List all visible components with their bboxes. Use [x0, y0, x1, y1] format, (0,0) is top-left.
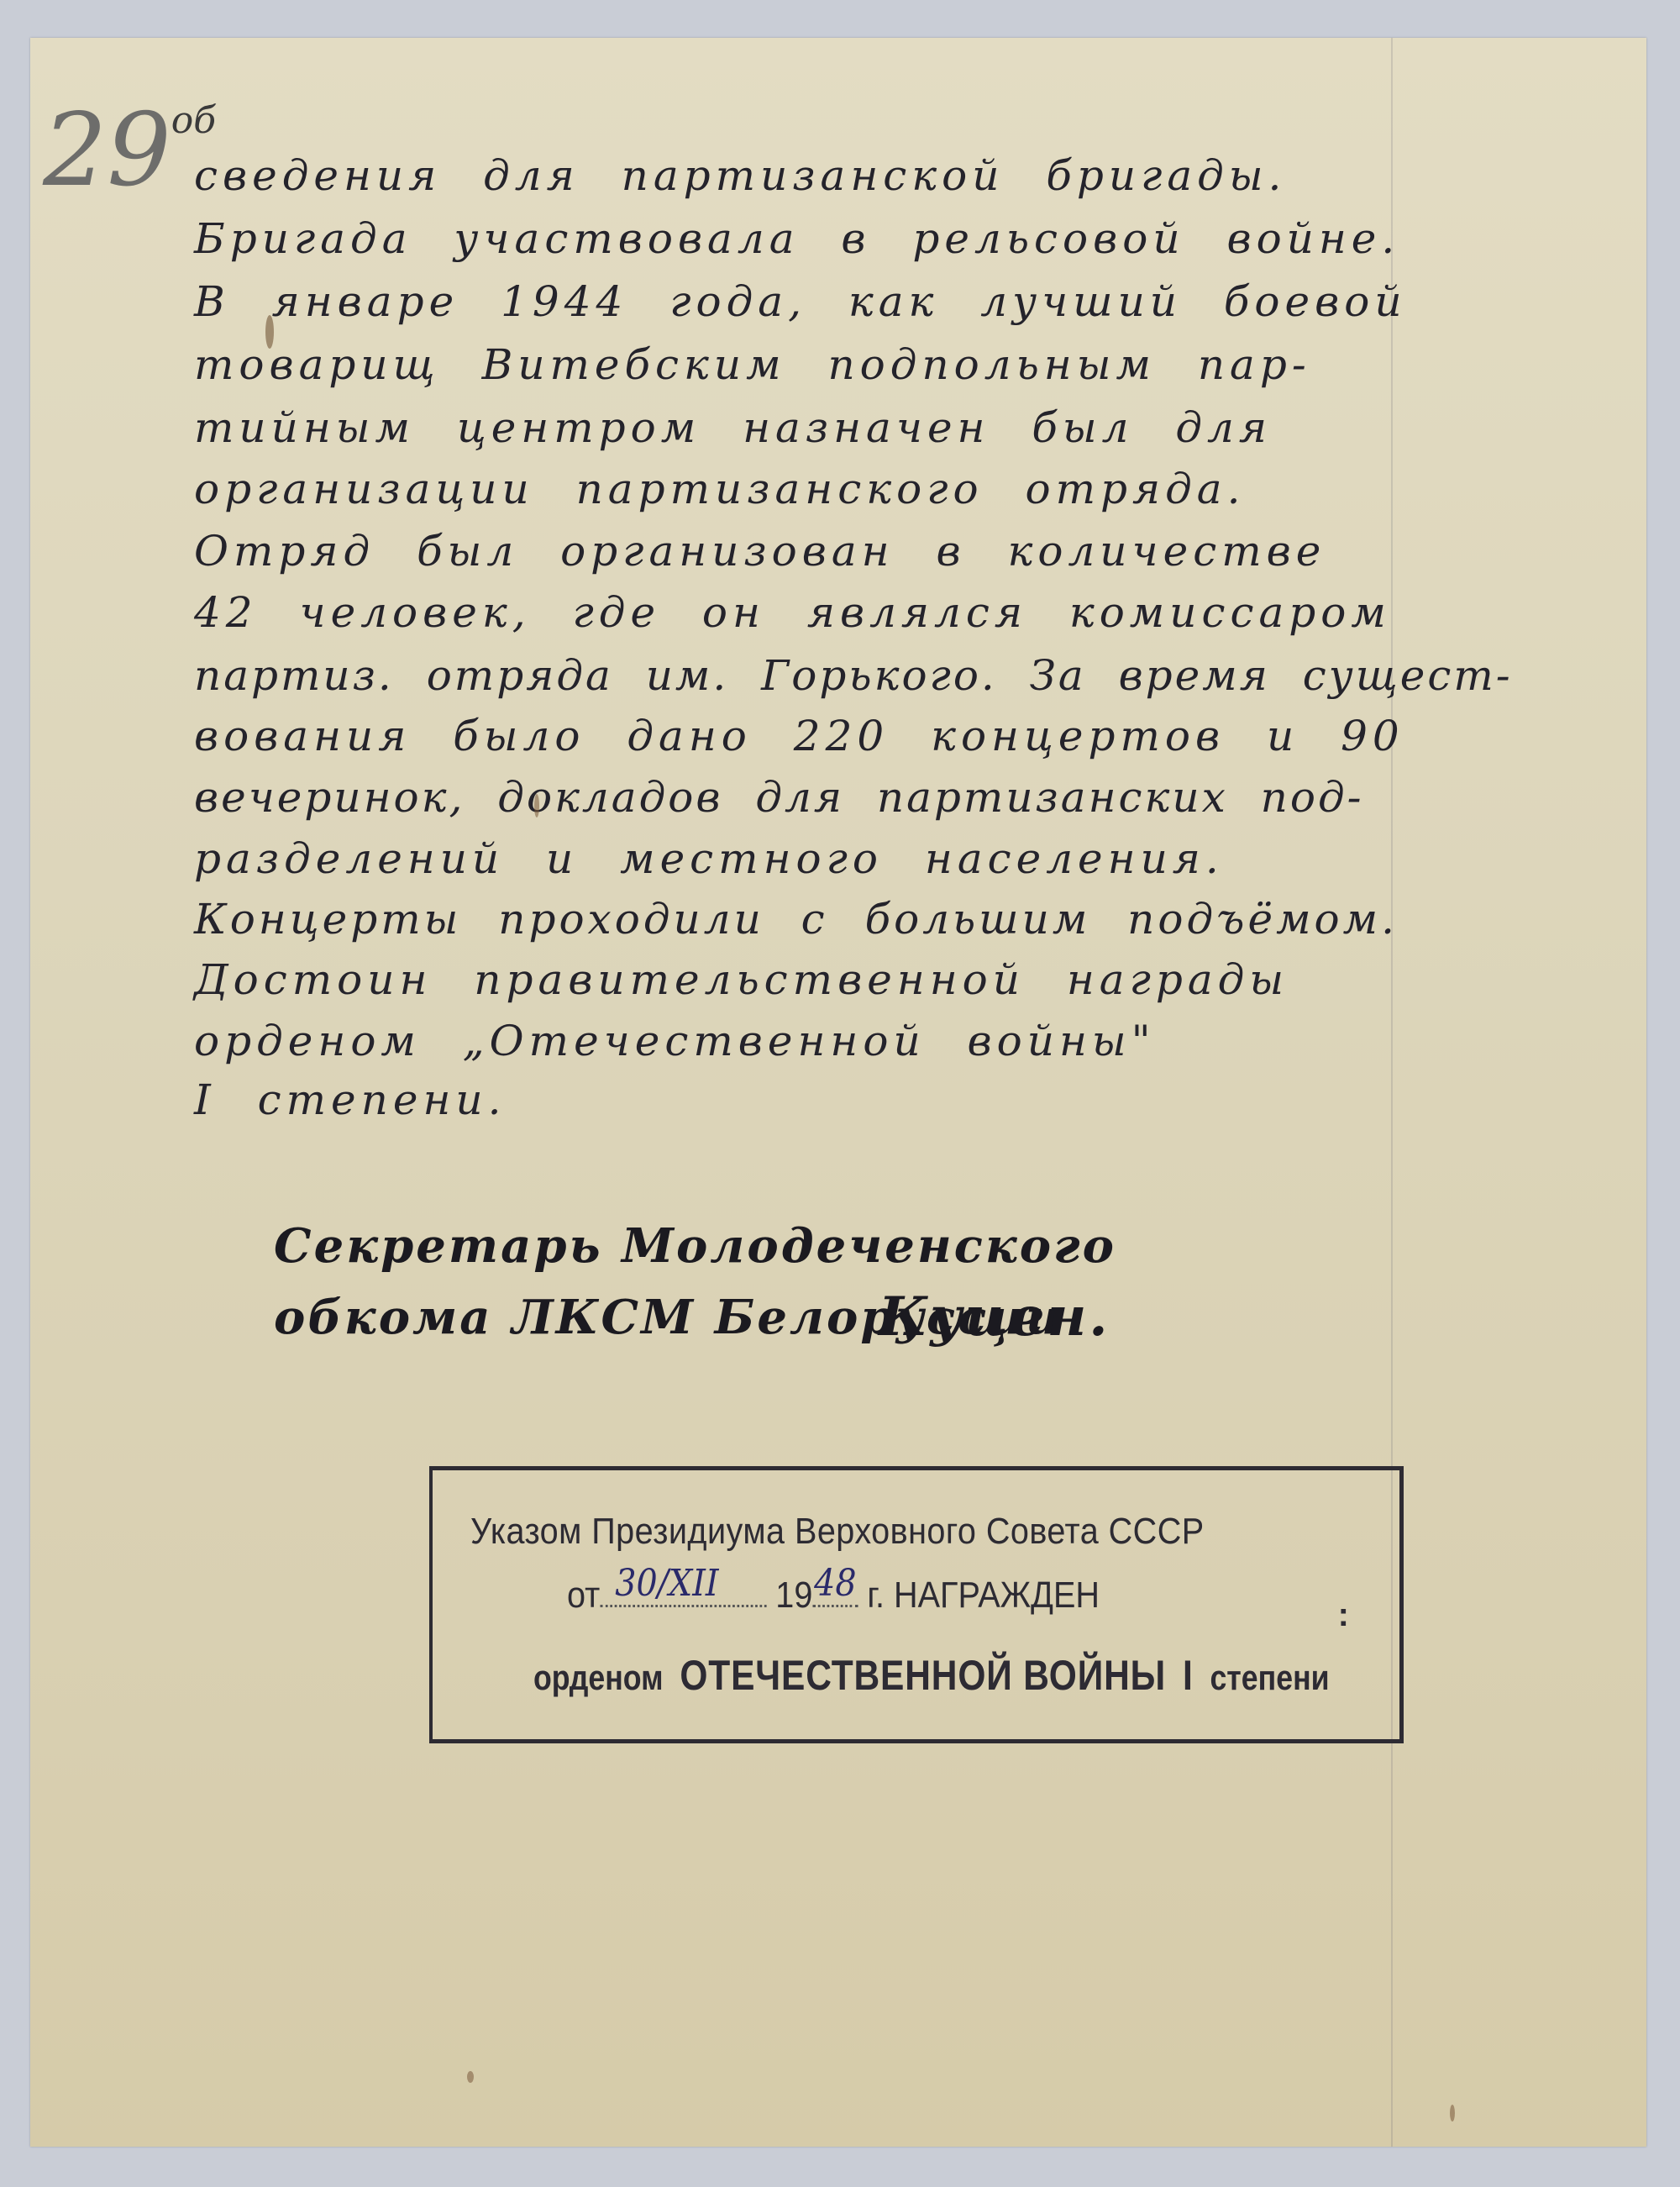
handwritten-line: организации партизанского отряда.	[194, 465, 1246, 513]
stamp-date-field: 30/XII	[600, 1571, 766, 1607]
stamp-year-field: 48	[812, 1571, 858, 1607]
stamp-award-degree: I	[1183, 1652, 1194, 1699]
handwritten-line: разделений и местного населения.	[194, 834, 1224, 883]
stamp-year-handwritten: 48	[814, 1562, 856, 1605]
stamp-award-line: орденом ОТЕЧЕСТВЕННОЙ ВОЙНЫ I степени	[533, 1651, 1330, 1700]
handwritten-line: В январе 1944 года, как лучший боевой	[194, 277, 1407, 326]
handwritten-line: Концерты проходили с большим подъёмом.	[194, 895, 1398, 944]
handwritten-line: Бригада участвовала в рельсовой войне.	[194, 214, 1399, 263]
handwritten-line: вования было дано 220 концертов и 90	[194, 712, 1404, 760]
handwritten-line: 42 человек, где он являлся комиссаром	[194, 588, 1391, 637]
handwritten-line: Отряд был организован в количестве	[194, 527, 1326, 576]
paper-speck	[265, 315, 274, 349]
paper-fold-line	[1391, 38, 1393, 2147]
handwritten-line: Достоин правительственной награды	[194, 955, 1289, 1004]
stamp-award-name: ОТЕЧЕСТВЕННОЙ ВОЙНЫ	[680, 1652, 1166, 1699]
stamp-award-suffix: степени	[1210, 1658, 1329, 1697]
award-stamp: Указом Президиума Верховного Совета СССР…	[429, 1466, 1404, 1743]
handwritten-line: сведения для партизанской бригады.	[194, 151, 1286, 200]
handwritten-line: партиз. отряда им. Горького. За время су…	[194, 651, 1513, 700]
handwritten-line: I степени.	[194, 1075, 506, 1124]
paper-speck	[1450, 2105, 1455, 2121]
stamp-year-prefix: 19	[775, 1575, 812, 1616]
handwritten-line: вечеринок, докладов для партизанских под…	[194, 773, 1364, 822]
stamp-decree-line: Указом Президиума Верховного Совета СССР	[470, 1511, 1205, 1553]
stamp-colon: :	[1338, 1596, 1349, 1634]
autograph: Куцен.	[879, 1285, 1110, 1348]
handwritten-line: тийным центром назначен был для	[194, 403, 1272, 452]
stamp-from-label: от	[567, 1575, 600, 1616]
document-page: 29об сведения для партизанской бригады. …	[30, 38, 1646, 2147]
stamp-date-line: от30/XII 1948 г. НАГРАЖДЕН	[567, 1571, 1100, 1617]
page-number: 29об	[43, 92, 216, 209]
handwritten-line: орденом „Отечественной войны"	[194, 1017, 1156, 1065]
paper-speck	[534, 794, 539, 817]
signature-title-line1: Секретарь Молодеченского	[274, 1218, 1116, 1274]
stamp-award-prefix: орденом	[533, 1658, 664, 1697]
paper-speck	[467, 2071, 474, 2083]
stamp-date-handwritten: 30/XII	[615, 1562, 718, 1605]
stamp-awarded-label: г. НАГРАЖДЕН	[867, 1575, 1100, 1616]
handwritten-line: товарищ Витебским подпольным пар-	[194, 340, 1311, 389]
page-number-suffix: об	[171, 99, 216, 142]
